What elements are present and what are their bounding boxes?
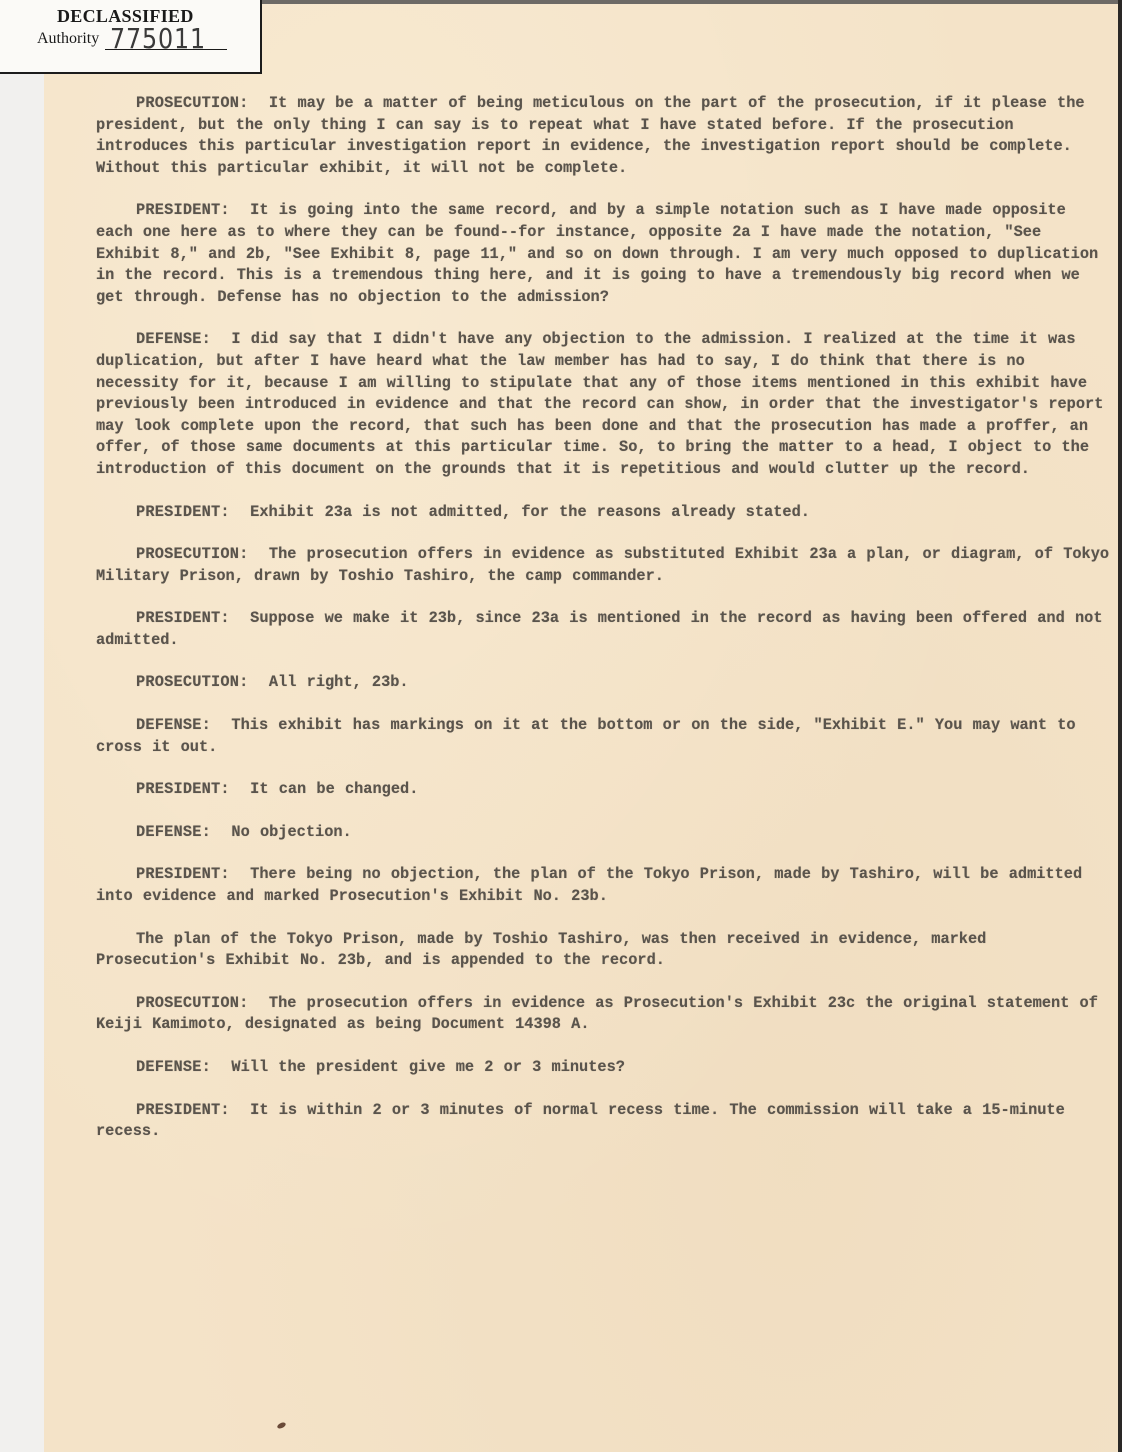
- transcript-paragraph: DEFENSE: No objection.: [96, 822, 1111, 844]
- paper-speck-mark: [276, 1421, 286, 1429]
- speaker-label: PRESIDENT:: [136, 1101, 230, 1119]
- paragraph-text: It can be changed.: [250, 780, 418, 798]
- paragraph-text: Will the president give me 2 or 3 minute…: [231, 1058, 625, 1076]
- transcript-paragraph: PRESIDENT: It can be changed.: [96, 779, 1111, 801]
- scan-left-margin: [0, 0, 44, 1452]
- speaker-label: PROSECUTION:: [136, 545, 249, 563]
- paragraph-text: It is within 2 or 3 minutes of normal re…: [96, 1101, 1065, 1141]
- paragraph-text: Exhibit 23a is not admitted, for the rea…: [250, 503, 810, 521]
- transcript-paragraph: PRESIDENT: Exhibit 23a is not admitted, …: [96, 502, 1111, 524]
- transcript-paragraph: PRESIDENT: It is within 2 or 3 minutes o…: [96, 1100, 1111, 1143]
- speaker-label: PRESIDENT:: [136, 865, 230, 883]
- transcript-paragraph: PROSECUTION: All right, 23b.: [96, 672, 1111, 694]
- speaker-label: PRESIDENT:: [136, 201, 230, 219]
- transcript-paragraph: PRESIDENT: Suppose we make it 23b, since…: [96, 608, 1111, 651]
- transcript-paragraph: PROSECUTION: The prosecution offers in e…: [96, 544, 1111, 587]
- transcript-paragraph: PROSECUTION: The prosecution offers in e…: [96, 993, 1111, 1036]
- stamp-authority-number: 775011: [110, 22, 206, 55]
- trial-transcript: PROSECUTION: It may be a matter of being…: [96, 93, 1111, 1164]
- speaker-label: PRESIDENT:: [136, 503, 230, 521]
- transcript-paragraph: DEFENSE: Will the president give me 2 or…: [96, 1057, 1111, 1079]
- paragraph-text: I did say that I didn't have any objecti…: [96, 330, 1103, 478]
- paragraph-text: It is going into the same record, and by…: [96, 201, 1098, 305]
- stamp-signature-line: [105, 49, 227, 50]
- speaker-label: PROSECUTION:: [136, 673, 249, 691]
- paragraph-text: The plan of the Tokyo Prison, made by To…: [96, 930, 986, 970]
- speaker-label: DEFENSE:: [136, 330, 211, 348]
- speaker-label: DEFENSE:: [136, 1058, 211, 1076]
- record-note-paragraph: The plan of the Tokyo Prison, made by To…: [96, 929, 1111, 972]
- transcript-paragraph: PROSECUTION: It may be a matter of being…: [96, 93, 1111, 179]
- stamp-shadow-gap: [0, 74, 44, 84]
- declassified-stamp: DECLASSIFIED Authority 775011: [0, 0, 262, 74]
- paragraph-text: No objection.: [231, 823, 351, 841]
- scan-right-edge: [1118, 0, 1122, 1452]
- paragraph-text: There being no objection, the plan of th…: [96, 865, 1082, 905]
- transcript-paragraph: DEFENSE: This exhibit has markings on it…: [96, 715, 1111, 758]
- speaker-label: DEFENSE:: [136, 823, 211, 841]
- paragraph-text: All right, 23b.: [269, 673, 409, 691]
- transcript-paragraph: PRESIDENT: There being no objection, the…: [96, 864, 1111, 907]
- speaker-label: PROSECUTION:: [136, 94, 249, 112]
- speaker-label: PROSECUTION:: [136, 994, 249, 1012]
- paragraph-text: Suppose we make it 23b, since 23a is men…: [96, 609, 1103, 649]
- speaker-label: PRESIDENT:: [136, 609, 230, 627]
- speaker-label: PRESIDENT:: [136, 780, 230, 798]
- stamp-authority-label: Authority: [37, 30, 99, 48]
- paragraph-text: This exhibit has markings on it at the b…: [96, 716, 1076, 756]
- transcript-paragraph: PRESIDENT: It is going into the same rec…: [96, 200, 1111, 308]
- speaker-label: DEFENSE:: [136, 716, 211, 734]
- transcript-paragraph: DEFENSE: I did say that I didn't have an…: [96, 329, 1111, 480]
